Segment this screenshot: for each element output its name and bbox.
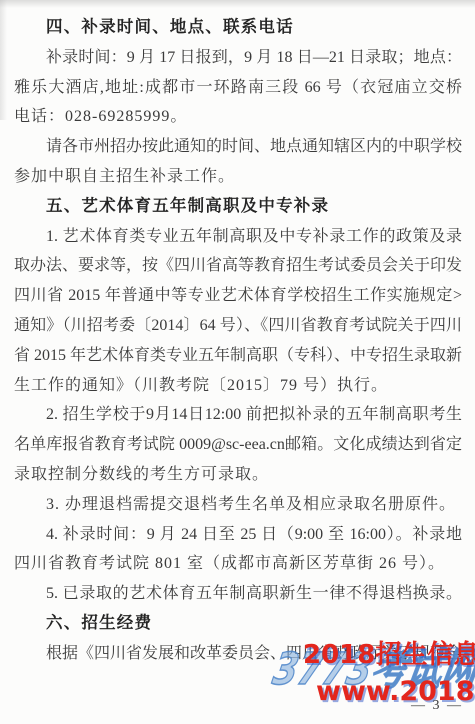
text-line: 四川省 2015 年普通中等专业艺术体育学校招生工作实施规定>的 [14,281,462,311]
text-line: 通知》（川招考委〔2014〕64 号）、《四川省教育考试院关于四川 [14,311,462,341]
text-line: 4. 补录时间：9 月 24 日至 25 日（9:00 至 16:00）。补录地… [14,520,462,550]
text-line: 3. 办理退档需提交退档考生名单及相应录取名册原件。 [14,490,462,520]
text-line: 生工作的通知》（川教考院〔2015〕79 号）执行。 [14,371,462,401]
text-line: 四川省教育考试院 801 室（成都市高新区芳草街 26 号）。 [14,549,462,579]
section-heading: 五、艺术体育五年制高职及中专补录 [14,192,462,222]
page-number: — 3 — [411,698,463,714]
text-line: 雅乐大酒店,地址:成都市一环路南三段 66 号（衣冠庙立交桥旁）， [14,73,462,103]
scan-artifact-top [0,0,475,8]
text-line: 电话：028-69285999。 [14,102,462,132]
text-line: 1. 艺术体育类专业五年制高职及中专补录工作的政策及录 [14,222,462,252]
text-line: 2. 招生学校于9月14日12:00 前把拟补录的五年制高职考生 [14,400,462,430]
text-line: 取办法、要求等，按《四川省高等教育招生考试委员会关于印发< [14,251,462,281]
document-page: 四、补录时间、地点、联系电话补录时间：9 月 17 日报到，9 月 18 日—2… [0,0,475,724]
section-heading: 四、补录时间、地点、联系电话 [14,13,462,43]
text-line: 录取控制分数线的考生方可录取。 [14,460,462,490]
text-line: 省 2015 年艺术体育类专业五年制高职（专科）、中专招生录取新 [14,341,462,371]
text-line: 名单库报省教育考试院 0009@sc-eea.cn邮箱。文化成绩达到省定 [14,430,462,460]
text-line: 根据《四川省发展和改革委员会、四川省财政厅关于规范全 [14,639,462,669]
text-line: 参加中职自主招生补录工作。 [14,162,462,192]
text-line: 请各市州招办按此通知的时间、地点通知辖区内的中职学校 [14,132,462,162]
scan-artifact-left [0,0,7,120]
text-line: 补录时间：9 月 17 日报到，9 月 18 日—21 日录取；地点： [14,43,462,73]
text-line: 5. 已录取的艺术体育五年制高职新生一律不得退档换录。 [14,579,462,609]
document-body: 四、补录时间、地点、联系电话补录时间：9 月 17 日报到，9 月 18 日—2… [14,13,462,669]
section-heading: 六、招生经费 [14,609,462,639]
